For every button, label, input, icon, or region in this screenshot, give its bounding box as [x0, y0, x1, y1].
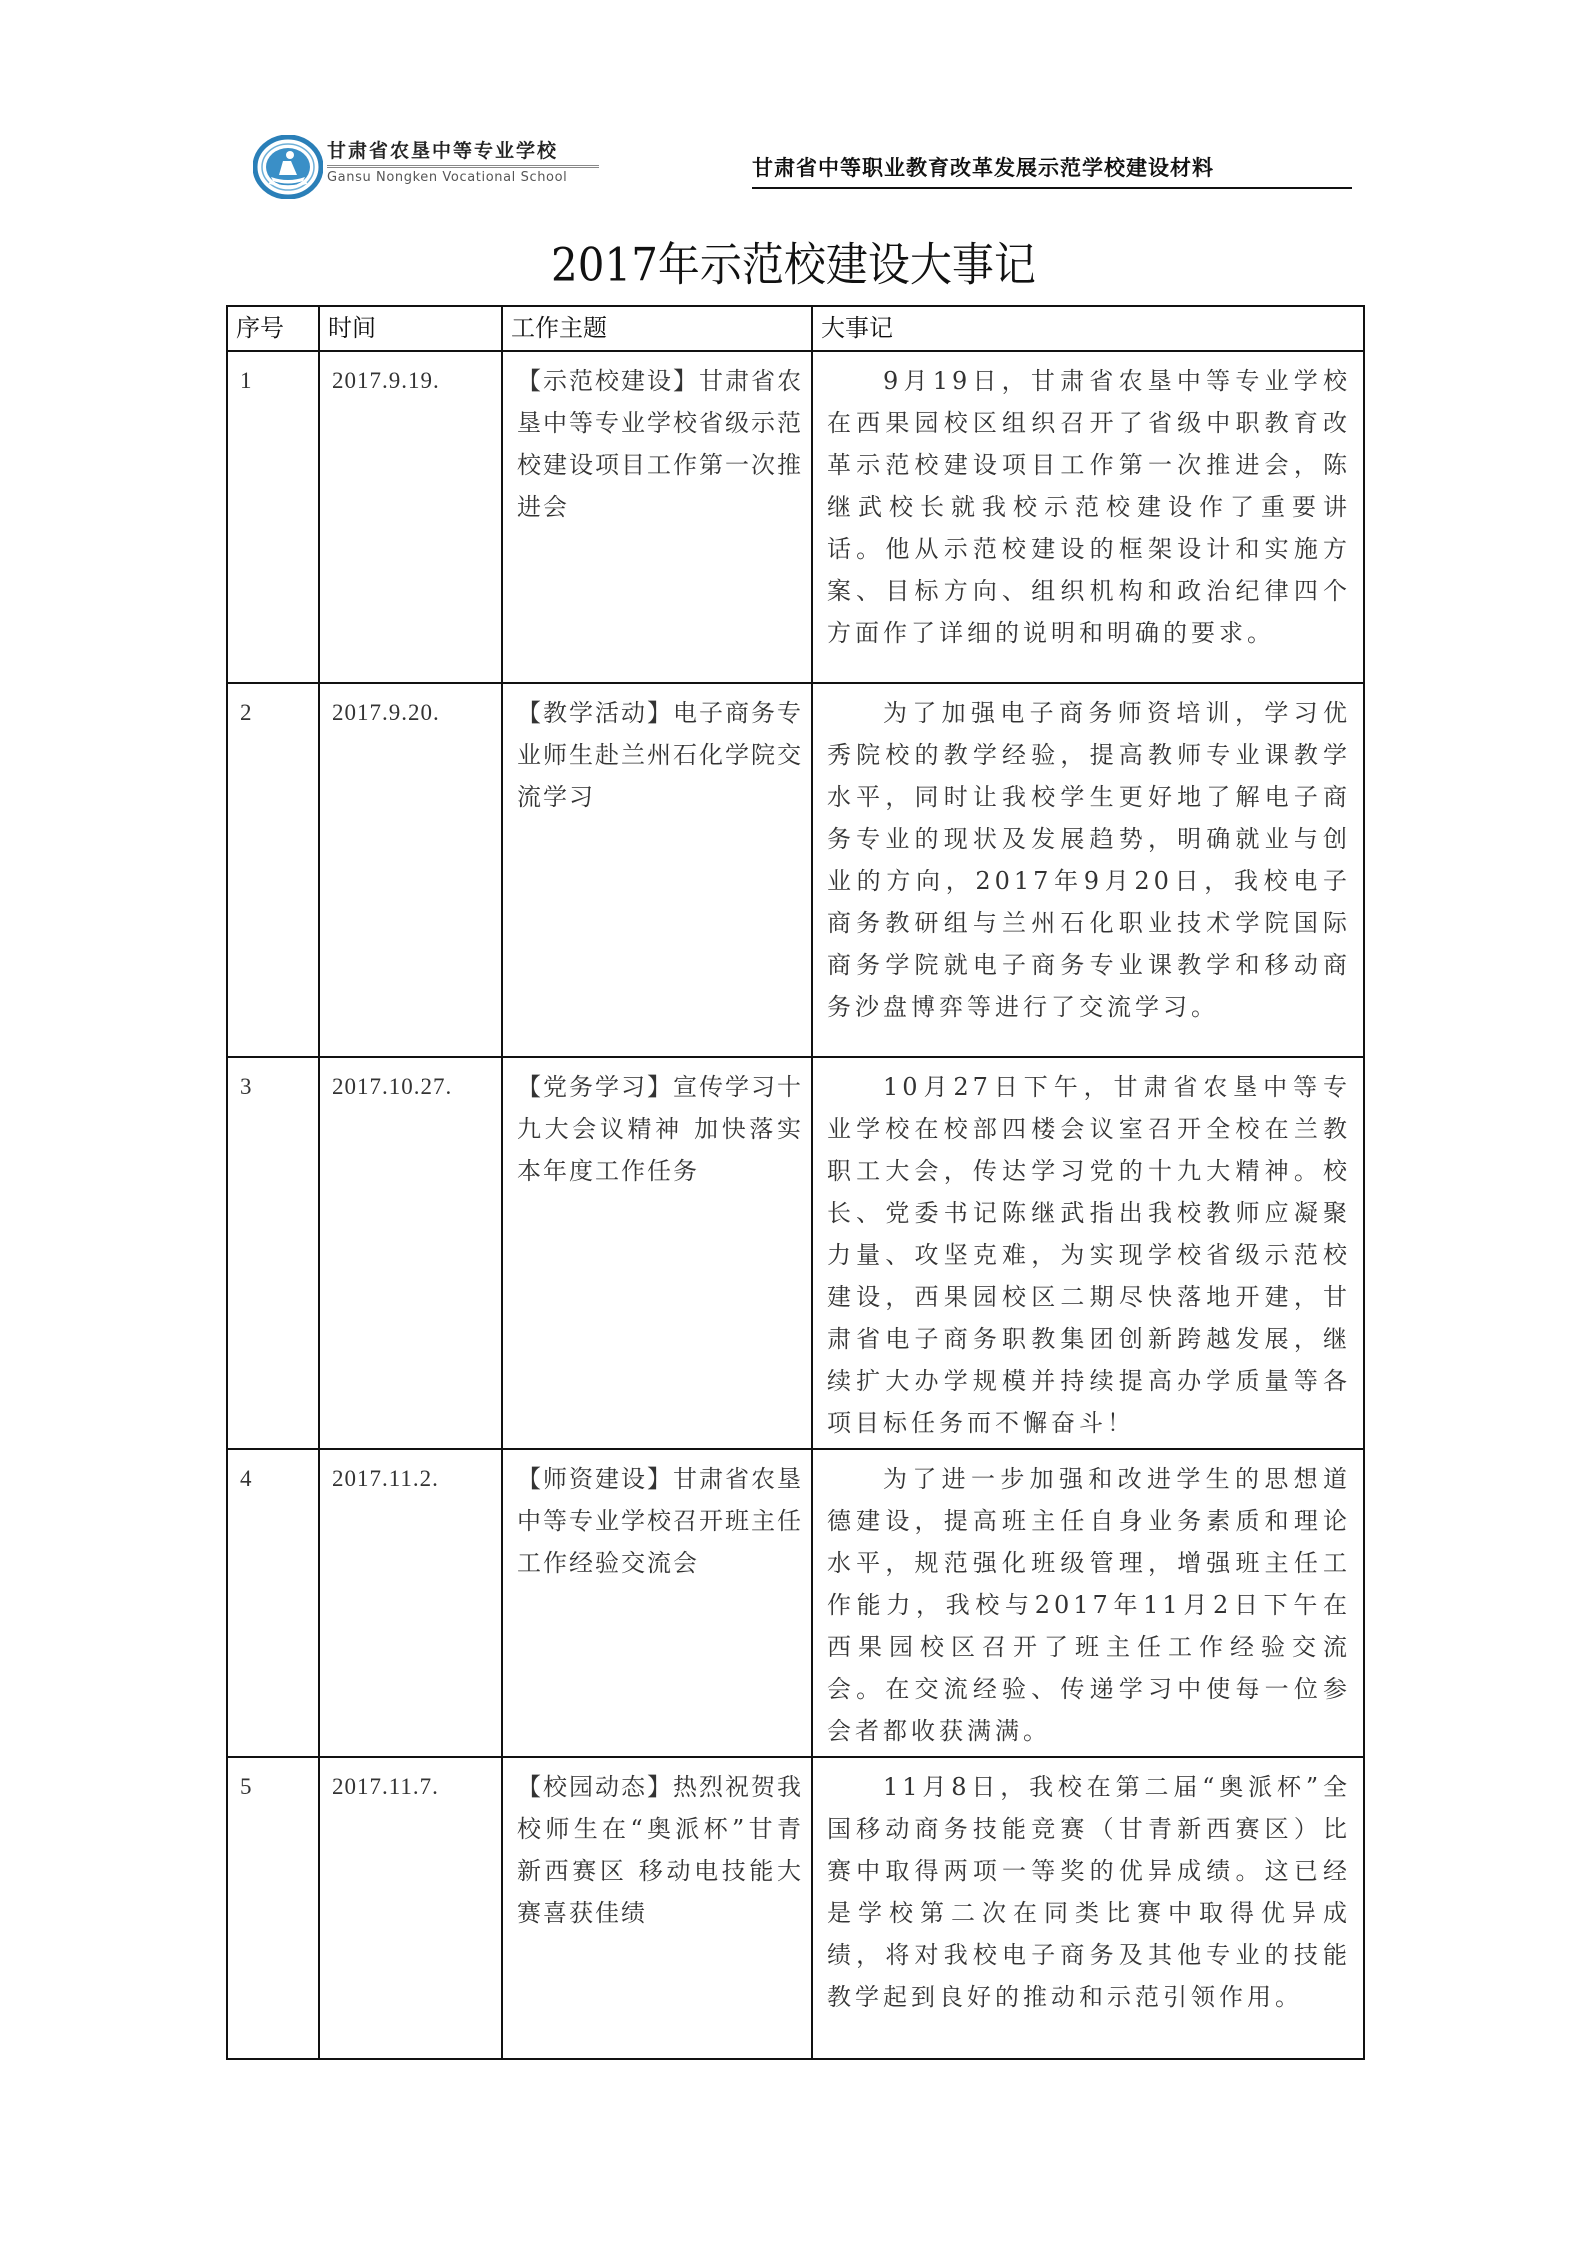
document-series-title: 甘肃省中等职业教育改革发展示范学校建设材料 [752, 152, 1352, 189]
table-header-row: 序号 时间 工作主题 大事记 [227, 306, 1364, 351]
row-index: 2 [228, 684, 318, 734]
row-topic: 【示范校建设】甘肃省农垦中等专业学校省级示范校建设项目工作第一次推进会 [503, 352, 811, 528]
row-event: 为了进一步加强和改进学生的思想道德建设，提高班主任自身业务素质和理论水平，规范强… [813, 1450, 1363, 1756]
row-topic: 【师资建设】甘肃省农垦中等专业学校召开班主任工作经验交流会 [503, 1450, 811, 1584]
row-index: 5 [228, 1758, 318, 1808]
column-header-event: 大事记 [812, 306, 1364, 351]
school-logo-text: 甘肃省农垦中等专业学校 Gansu Nongken Vocational Sch… [327, 140, 599, 186]
column-header-date: 时间 [319, 306, 502, 351]
row-date: 2017.9.20. [320, 684, 501, 734]
row-date: 2017.11.7. [320, 1758, 501, 1808]
row-topic: 【教学活动】电子商务专业师生赴兰州石化学院交流学习 [503, 684, 811, 818]
row-event: 为了加强电子商务师资培训，学习优秀院校的教学经验，提高教师专业课教学水平，同时让… [813, 684, 1363, 1032]
page-header: 甘肃省农垦中等专业学校 Gansu Nongken Vocational Sch… [0, 0, 1587, 200]
row-date: 2017.9.19. [320, 352, 501, 402]
row-index: 1 [228, 352, 318, 402]
row-date: 2017.11.2. [320, 1450, 501, 1500]
row-event: 9月19日，甘肃省农垦中等专业学校在西果园校区组织召开了省级中职教育改革示范校建… [813, 352, 1363, 658]
row-topic: 【校园动态】热烈祝贺我校师生在“奥派杯”甘青新西赛区 移动电技能大赛喜获佳绩 [503, 1758, 811, 1934]
table-row: 3 2017.10.27. 【党务学习】宣传学习十九大会议精神 加快落实本年度工… [227, 1057, 1364, 1449]
logo-divider [327, 165, 599, 168]
table-row: 4 2017.11.2. 【师资建设】甘肃省农垦中等专业学校召开班主任工作经验交… [227, 1449, 1364, 1757]
table-row: 5 2017.11.7. 【校园动态】热烈祝贺我校师生在“奥派杯”甘青新西赛区 … [227, 1757, 1364, 2059]
page-title: 2017年示范校建设大事记 [0, 229, 1587, 295]
table-row: 1 2017.9.19. 【示范校建设】甘肃省农垦中等专业学校省级示范校建设项目… [227, 351, 1364, 683]
table-row: 2 2017.9.20. 【教学活动】电子商务专业师生赴兰州石化学院交流学习 为… [227, 683, 1364, 1057]
row-index: 4 [228, 1450, 318, 1500]
row-index: 3 [228, 1058, 318, 1108]
column-header-index: 序号 [227, 306, 319, 351]
events-table: 序号 时间 工作主题 大事记 1 2017.9.19. 【示范校建设】甘肃省农垦… [226, 305, 1365, 2060]
row-date: 2017.10.27. [320, 1058, 501, 1108]
school-emblem-icon [253, 135, 323, 199]
column-header-topic: 工作主题 [502, 306, 812, 351]
row-event: 11月8日，我校在第二届“奥派杯”全国移动商务技能竞赛（甘青新西赛区）比赛中取得… [813, 1758, 1363, 2022]
row-topic: 【党务学习】宣传学习十九大会议精神 加快落实本年度工作任务 [503, 1058, 811, 1192]
school-name-cn: 甘肃省农垦中等专业学校 [327, 140, 599, 162]
school-name-en: Gansu Nongken Vocational School [327, 170, 599, 186]
row-event: 10月27日下午，甘肃省农垦中等专业学校在校部四楼会议室召开全校在兰教职工大会，… [813, 1058, 1363, 1448]
